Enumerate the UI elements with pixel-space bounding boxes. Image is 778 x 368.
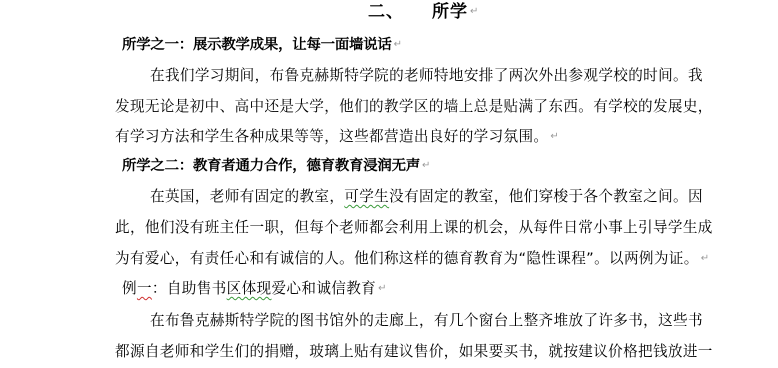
grammar-flagged-text[interactable]: 区体现 xyxy=(227,280,272,297)
paragraph-2-line-1: 在英国，老师有固定的教室，可学生没有固定的教室，他们穿梭于各个教室之间。因 xyxy=(150,187,703,207)
heading-2: 所学之二：教育者通力合作，德育教育浸润无声↵ xyxy=(122,156,430,176)
section-number: 二、 xyxy=(368,2,404,22)
paragraph-mark-icon: ↵ xyxy=(550,131,559,142)
example-1-prefix: 例 xyxy=(122,280,137,297)
paragraph-1-line-3: 有学习方法和学生各种成果等等，这些都营造出良好的学习氛围。↵ xyxy=(115,127,559,147)
paragraph-mark-icon: ↵ xyxy=(422,160,430,171)
paragraph-1-line-1: 在我们学习期间，布鲁克赫斯特学院的老师特地安排了两次外出参观学校的时间。我 xyxy=(150,66,703,86)
spelling-flagged-text[interactable]: 一 xyxy=(137,280,152,297)
example-1-colon: ：自助售书 xyxy=(152,280,227,297)
paragraph-1-line-3-text: 有学习方法和学生各种成果等等，这些都营造出良好的学习氛围。 xyxy=(115,128,548,145)
example-1-rest: 爱心和诚信教育 xyxy=(271,280,376,297)
paragraph-mark-icon: ↵ xyxy=(378,283,387,294)
paragraph-mark-icon: ↵ xyxy=(701,253,710,264)
paragraph-mark-icon: ↵ xyxy=(470,6,479,17)
section-title-text: 所学 xyxy=(432,2,468,22)
heading-2-text: 所学之二：教育者通力合作，德育教育浸润无声 xyxy=(122,158,420,174)
example-1-heading: 例一：自助售书区体现爱心和诚信教育↵ xyxy=(122,279,387,299)
section-title: 二、所学↵ xyxy=(368,2,479,22)
grammar-flagged-text[interactable]: 可学生 xyxy=(344,188,389,205)
paragraph-1-line-2: 发现无论是初中、高中还是大学，他们的教学区的墙上总是贴满了东西。有学校的发展史， xyxy=(115,97,713,117)
heading-1: 所学之一：展示教学成果，让每一面墙说话↵ xyxy=(122,35,402,55)
heading-1-text: 所学之一：展示教学成果，让每一面墙说话 xyxy=(122,37,392,53)
paragraph-3-line-1: 在布鲁克赫斯特学院的图书馆外的走廊上，有几个窗台上整齐堆放了许多书，这些书 xyxy=(150,311,703,331)
paragraph-2-line-1-after: 没有固定的教室，他们穿梭于各个教室之间。因 xyxy=(389,188,703,205)
paragraph-2-line-1-before: 在英国，老师有固定的教室， xyxy=(150,188,344,205)
paragraph-mark-icon: ↵ xyxy=(394,39,402,50)
paragraph-3-line-2: 都源自老师和学生们的捐赠，玻璃上贴有建议售价，如果要买书，就按建议价格把钱放进一 xyxy=(115,342,713,362)
paragraph-2-line-3: 为有爱心，有责任心和有诚信的人。他们称这样的德育教育为“隐性课程”。以两例为证。… xyxy=(115,249,709,269)
paragraph-2-line-3-text: 为有爱心，有责任心和有诚信的人。他们称这样的德育教育为“隐性课程”。以两例为证。 xyxy=(115,250,699,267)
document-page: 二、所学↵ 所学之一：展示教学成果，让每一面墙说话↵ 在我们学习期间，布鲁克赫斯… xyxy=(0,0,778,368)
paragraph-2-line-2: 此，他们没有班主任一职，但每个老师都会利用上课的机会，从每件日常小事上引导学生成 xyxy=(115,218,713,238)
